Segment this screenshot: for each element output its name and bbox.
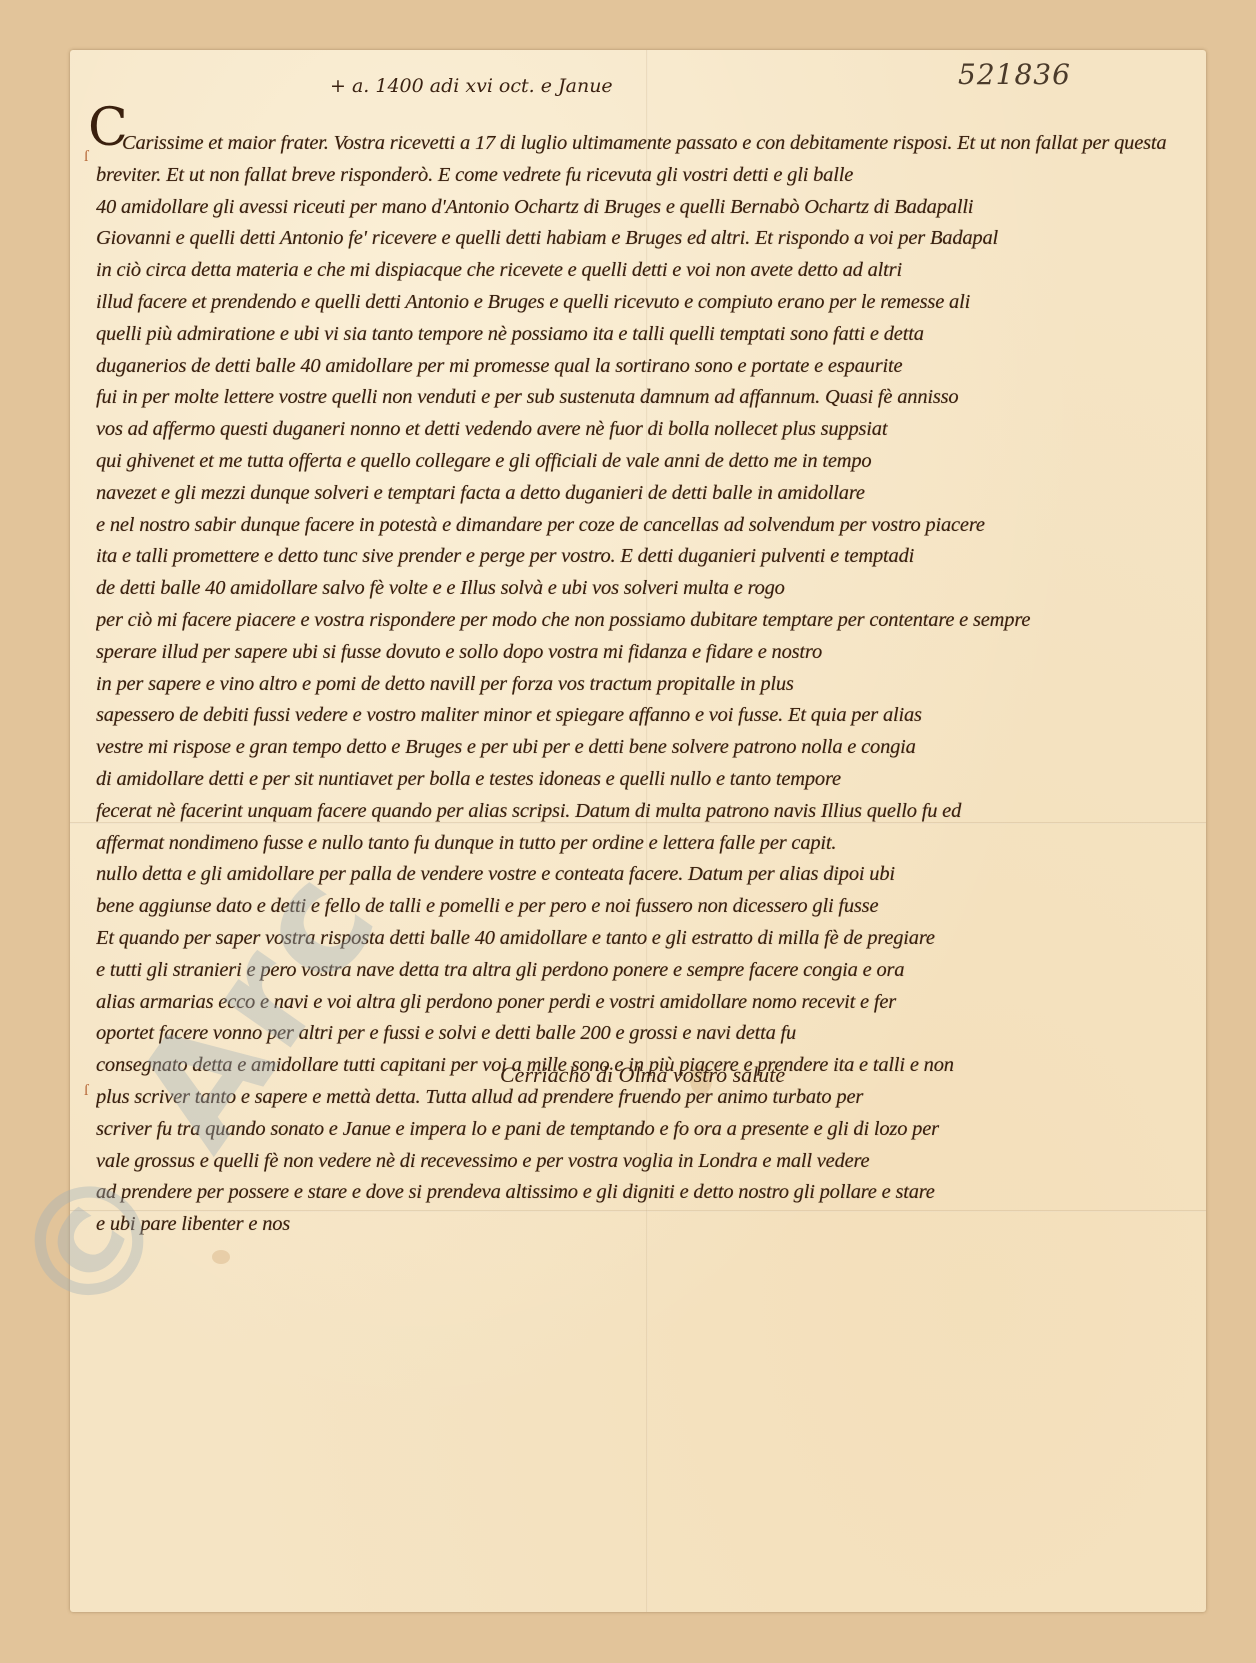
archive-number: 521836 [958, 58, 1071, 91]
text-line: in per sapere e vino altro e pomi de det… [96, 669, 1176, 701]
text-line: e ubi pare libenter e nos [96, 1209, 436, 1241]
text-line: Carissime et maior frater. Vostra riceve… [96, 128, 1176, 160]
text-line: affermat nondimeno fusse e nullo tanto f… [96, 828, 1176, 860]
letter-heading: + a. 1400 adi xvi oct. e Janue [330, 75, 730, 97]
text-line: vestre mi rispose e gran tempo detto e B… [96, 732, 1176, 764]
margin-mark: ſ [84, 1082, 88, 1100]
text-line: di amidollare detti e per sit nuntiavet … [96, 764, 1176, 796]
text-line: sapessero de debiti fussi vedere e vostr… [96, 700, 1176, 732]
text-line: vale grossus e quelli fè non vedere nè d… [96, 1146, 1176, 1178]
text-line: fui in per molte lettere vostre quelli n… [96, 382, 1176, 414]
text-line: bene aggiunse dato e detti e fello de ta… [96, 891, 1176, 923]
text-line: oportet facere vonno per altri per e fus… [96, 1018, 1176, 1050]
text-line: per ciò mi facere piacere e vostra rispo… [96, 605, 1176, 637]
text-line: nullo detta e gli amidollare per palla d… [96, 859, 1176, 891]
text-line: de detti balle 40 amidollare salvo fè vo… [96, 573, 1176, 605]
text-line: breviter. Et ut non fallat breve rispond… [96, 160, 1176, 192]
text-line: e tutti gli stranieri e pero vostra nave… [96, 955, 1176, 987]
text-line: sperare illud per sapere ubi si fusse do… [96, 637, 1176, 669]
text-line: e nel nostro sabir dunque facere in pote… [96, 510, 1176, 542]
stain [212, 1250, 230, 1264]
text-line: duganerios de detti balle 40 amidollare … [96, 351, 1176, 383]
text-line: quelli più admiratione e ubi vi sia tant… [96, 319, 1176, 351]
text-line: illud facere et prendendo e quelli detti… [96, 287, 1176, 319]
text-line: in ciò circa detta materia e che mi disp… [96, 255, 1176, 287]
text-line: scriver fu tra quando sonato e Janue e i… [96, 1114, 1176, 1146]
text-line: qui ghivenet et me tutta offerta e quell… [96, 446, 1176, 478]
text-line: 40 amidollare gli avessi riceuti per man… [96, 192, 1176, 224]
text-line: ad prendere per possere e stare e dove s… [96, 1177, 1176, 1209]
text-line: vos ad affermo questi duganeri nonno et … [96, 414, 1176, 446]
text-line: ita e talli promettere e detto tunc sive… [96, 541, 1176, 573]
text-line: fecerat nè facerint unquam facere quando… [96, 796, 1176, 828]
text-line: navezet e gli mezzi dunque solveri e tem… [96, 478, 1176, 510]
text-line: Et quando per saper vostra risposta dett… [96, 923, 1176, 955]
signature: Cerriacho di Olma vostro salute [500, 1062, 785, 1088]
text-line: alias armarias ecco e navi e voi altra g… [96, 987, 1176, 1019]
text-line: Giovanni e quelli detti Antonio fe' rice… [96, 223, 1176, 255]
